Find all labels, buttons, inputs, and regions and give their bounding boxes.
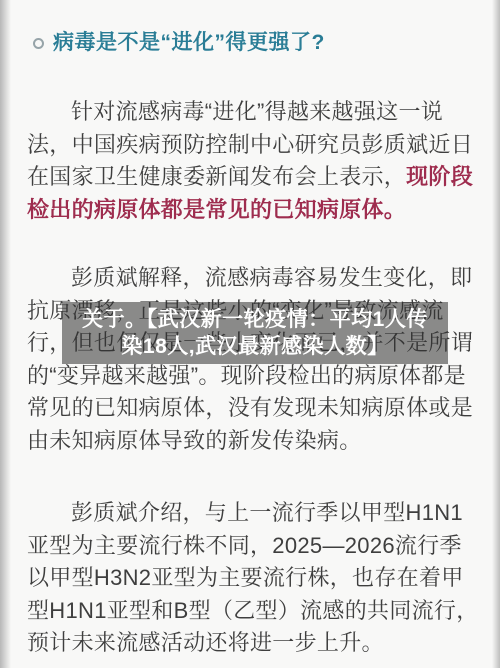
text-line: 型H1N1亚型和B型（乙型）流感的共同流行， [27,595,500,628]
section-heading: 病毒是不是“进化”得更强了? [33,30,500,56]
text-line: 由未知病原体导致的新发传染病。 [27,425,500,458]
highlighted-text-segment: 检出的病原体都是常见的已知病原体。 [27,197,406,222]
article-paragraph-3: 彭质斌介绍，与上一流行季以甲型H1N1 亚型为主要流行株不同，2025—2026… [27,497,500,660]
text-line: 亚型为主要流行株不同，2025—2026流行季 [27,530,500,563]
section-title: 病毒是不是“进化”得更强了? [53,30,325,56]
text-line: 在国家卫生健康委新闻发布会上表示，现阶段 [27,161,500,194]
text-segment: 在国家卫生健康委新闻发布会上表示， [27,164,406,189]
text-line: 检出的病原体都是常见的已知病原体。 [27,194,500,227]
watermark-line: 染18人,武汉最新感染人数】 [121,333,388,360]
watermark-line: 关于。【武汉新一轮疫情：平均1人传 [82,306,428,333]
text-line: 彭质斌解释，流感病毒容易发生变化，即 [27,262,500,295]
highlighted-text-segment: 现阶段 [406,164,473,189]
text-line: 常见的已知病原体，没有发现未知病原体或是 [27,392,500,425]
article-page: 病毒是不是“进化”得更强了? 针对流感病毒“进化”得越来越强这一说 法，中国疾病… [0,0,500,668]
bullet-circle-icon [33,38,44,49]
text-line: 以甲型H3N2亚型为主要流行株，也存在着甲 [27,562,500,595]
page-left-edge-shadow [0,0,11,668]
watermark-overlay: 关于。【武汉新一轮疫情：平均1人传 染18人,武汉最新感染人数】 [62,302,448,364]
article-paragraph-1: 针对流感病毒“进化”得越来越强这一说 法，中国疾病预防控制中心研究员彭质斌近日 … [27,96,500,226]
text-line: 彭质斌介绍，与上一流行季以甲型H1N1 [27,497,500,530]
text-line: 的“变异越来越强”。现阶段检出的病原体都是 [27,360,500,393]
text-line: 针对流感病毒“进化”得越来越强这一说 [27,96,500,129]
text-line: 法，中国疾病预防控制中心研究员彭质斌近日 [27,129,500,162]
text-line: 预计未来流感活动还将进一步上升。 [27,627,500,660]
